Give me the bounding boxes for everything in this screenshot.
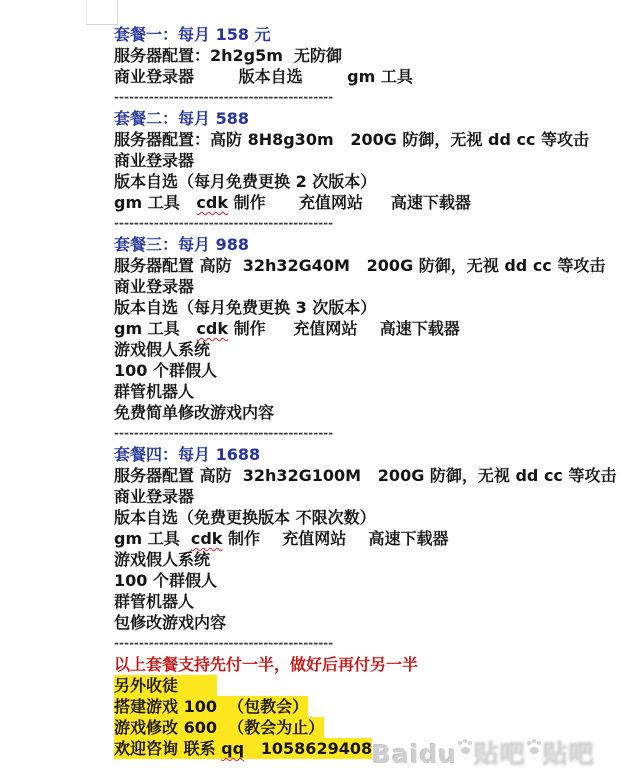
package3-version: 版本自选（每月免费更换 3 次版本） [114,297,617,318]
package2-title: 套餐二：每月 588 [114,108,617,129]
watermark-text: 贴吧 [474,740,526,769]
package3-login: 商业登录器 [114,276,617,297]
baidu-watermark: Baidu贴吧贴吧 [372,740,638,770]
margin-crop-mark-vertical [117,0,118,24]
document-page: 套餐一：每月 158 元 服务器配置：2h2g5m 无防御 商业登录器 版本自选… [0,0,638,770]
teach-modify-line: 游戏修改 600 （教会为止） [114,717,617,738]
misspelled-qq-label: qq [221,739,244,758]
tools-text-pre: gm 工具 [114,193,196,212]
package3-modify: 免费简单修改游戏内容 [114,402,617,423]
package4-bots-system: 游戏假人系统 [114,549,617,570]
teach-build-highlight: 搭建游戏 100 （包教会） [114,696,308,717]
recruit-highlight: 另外收徒 [114,675,217,696]
contact-text-pre: 欢迎咨询 联系 [114,739,221,758]
package3-tools: gm 工具 cdk 制作 充值网站 高速下载器 [114,318,617,339]
package4-bots-count: 100 个群假人 [114,570,617,591]
section-separator: ----------------------------------------… [114,87,617,108]
package3-group-robot: 群管机器人 [114,381,617,402]
package4-login: 商业登录器 [114,486,617,507]
tools-text-post: 制作 充值网站 高速下载器 [228,193,471,212]
package3-bots-system: 游戏假人系统 [114,339,617,360]
package3-title: 套餐三：每月 988 [114,234,617,255]
section-separator: ----------------------------------------… [114,423,617,444]
package1-features: 商业登录器 版本自选 gm 工具 [114,66,617,87]
package1-title: 套餐一：每月 158 元 [114,24,617,45]
package2-tools: gm 工具 cdk 制作 充值网站 高速下载器 [114,192,617,213]
package2-login: 商业登录器 [114,150,617,171]
document-body: 套餐一：每月 158 元 服务器配置：2h2g5m 无防御 商业登录器 版本自选… [114,24,617,759]
misspelled-cdk-label: cdk [196,319,228,338]
teach-modify-highlight: 游戏修改 600 （教会为止） [114,717,324,738]
package4-modify: 包修改游戏内容 [114,612,617,633]
tools-text-post: 制作 充值网站 高速下载器 [222,529,448,548]
misspelled-cdk-label: cdk [191,529,223,548]
package3-config: 服务器配置 高防 32h32G40M 200G 防御，无视 dd cc 等攻击 [114,255,617,276]
margin-crop-mark-left [86,0,87,24]
watermark-brand: Baidu [372,740,457,769]
tools-text-post: 制作 充值网站 高速下载器 [228,319,460,338]
package4-config: 服务器配置 高防 32h32G100M 200G 防御，无视 dd cc 等攻击 [114,465,617,486]
paw-icon [527,741,542,755]
tools-text-pre: gm 工具 [114,319,196,338]
section-separator: ----------------------------------------… [114,213,617,234]
teach-build-line: 搭建游戏 100 （包教会） [114,696,617,717]
package4-tools: gm 工具 cdk 制作 充值网站 高速下载器 [114,528,617,549]
paw-icon [458,741,473,755]
package4-group-robot: 群管机器人 [114,591,617,612]
package3-bots-count: 100 个群假人 [114,360,617,381]
watermark-text: 贴吧 [543,740,595,769]
payment-note: 以上套餐支持先付一半，做好后再付另一半 [114,654,617,675]
package1-config: 服务器配置：2h2g5m 无防御 [114,45,617,66]
contact-qq-number: 1058629408 [244,739,372,758]
section-separator: ----------------------------------------… [114,633,617,654]
contact-highlight: 欢迎咨询 联系 qq 1058629408 [114,738,372,759]
package4-version: 版本自选（免费更换版本 不限次数） [114,507,617,528]
package4-title: 套餐四：每月 1688 [114,444,617,465]
tools-text-pre: gm 工具 [114,529,191,548]
misspelled-cdk-label: cdk [196,193,228,212]
recruit-line: 另外收徒 [114,675,617,696]
package2-version: 版本自选（每月免费更换 2 次版本） [114,171,617,192]
package2-config: 服务器配置：高防 8H8g30m 200G 防御，无视 dd cc 等攻击 [114,129,617,150]
